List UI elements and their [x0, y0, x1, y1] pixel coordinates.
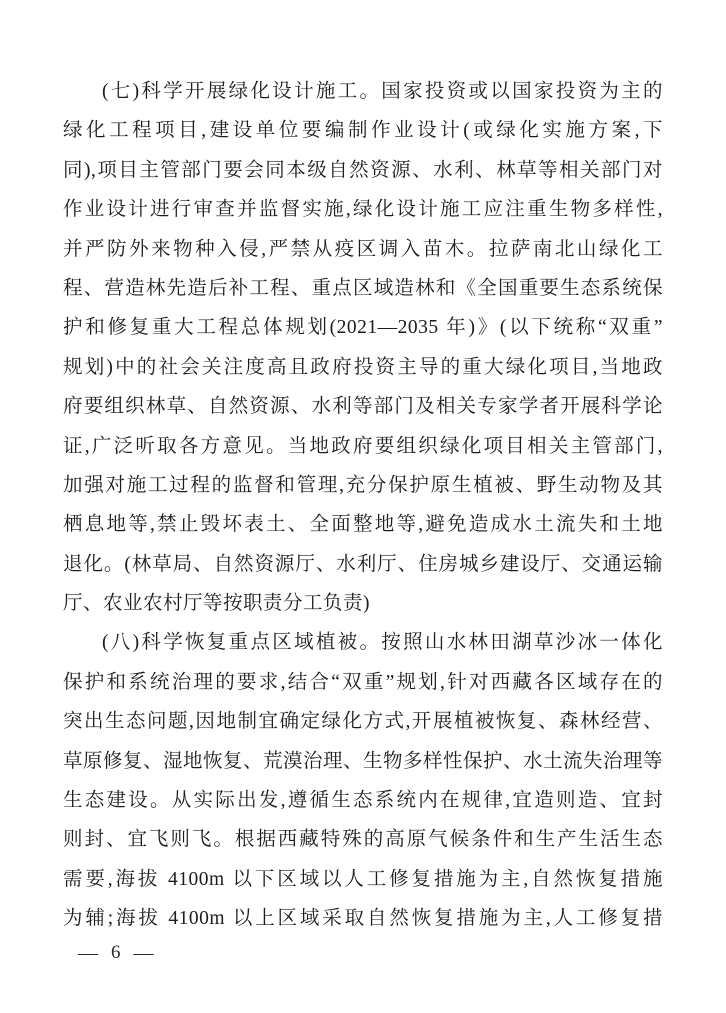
- text-line: 突出生态问题,因地制宜确定绿化方式,开展植被恢复、森林经营、: [63, 702, 663, 741]
- text-line: 同),项目主管部门要会同本级自然资源、水利、林草等相关部门对: [63, 151, 663, 190]
- text-line: (七)科学开展绿化设计施工。国家投资或以国家投资为主的: [63, 72, 663, 111]
- text-line: 护和修复重大工程总体规划(2021—2035 年)》(以下统称“双重”: [63, 308, 663, 347]
- text-line: 草原修复、湿地恢复、荒漠治理、生物多样性保护、水土流失治理等: [63, 742, 663, 781]
- text-line: 需要,海拔 4100m 以下区域以人工修复措施为主,自然恢复措施: [63, 860, 663, 899]
- text-line: 证,广泛听取各方意见。当地政府要组织绿化项目相关主管部门,: [63, 427, 663, 466]
- text-line: 则封、宜飞则飞。根据西藏特殊的高原气候条件和生产生活生态: [63, 820, 663, 859]
- text-line: 保护和系统治理的要求,结合“双重”规划,针对西藏各区域存在的: [63, 663, 663, 702]
- footer-dash-left: —: [78, 940, 98, 966]
- text-line: 规划)中的社会关注度高且政府投资主导的重大绿化项目,当地政: [63, 348, 663, 387]
- page-footer: — 6 —: [78, 940, 154, 966]
- text-line: 并严防外来物种入侵,严禁从疫区调入苗木。拉萨南北山绿化工: [63, 230, 663, 269]
- page-number: 6: [111, 940, 121, 966]
- text-line: 栖息地等,禁止毁坏表土、全面整地等,避免造成水土流失和土地: [63, 505, 663, 544]
- text-line: 府要组织林草、自然资源、水利等部门及相关专家学者开展科学论: [63, 387, 663, 426]
- document-body: (七)科学开展绿化设计施工。国家投资或以国家投资为主的 绿化工程项目,建设单位要…: [63, 72, 663, 939]
- text-line: 程、营造林先造后补工程、重点区域造林和《全国重要生态系统保: [63, 269, 663, 308]
- text-line: 厅、农业农村厅等按职责分工负责): [63, 584, 663, 623]
- text-line: 加强对施工过程的监督和管理,充分保护原生植被、野生动物及其: [63, 466, 663, 505]
- document-page: (七)科学开展绿化设计施工。国家投资或以国家投资为主的 绿化工程项目,建设单位要…: [0, 0, 726, 1013]
- text-line: 绿化工程项目,建设单位要编制作业设计(或绿化实施方案,下: [63, 111, 663, 150]
- text-line: 退化。(林草局、自然资源厅、水利厅、住房城乡建设厅、交通运输: [63, 545, 663, 584]
- footer-dash-right: —: [134, 940, 154, 966]
- text-line: 作业设计进行审查并监督实施,绿化设计施工应注重生物多样性,: [63, 190, 663, 229]
- text-line: 为辅;海拔 4100m 以上区域采取自然恢复措施为主,人工修复措: [63, 899, 663, 938]
- text-line: (八)科学恢复重点区域植被。按照山水林田湖草沙冰一体化: [63, 623, 663, 662]
- text-line: 生态建设。从实际出发,遵循生态系统内在规律,宜造则造、宜封: [63, 781, 663, 820]
